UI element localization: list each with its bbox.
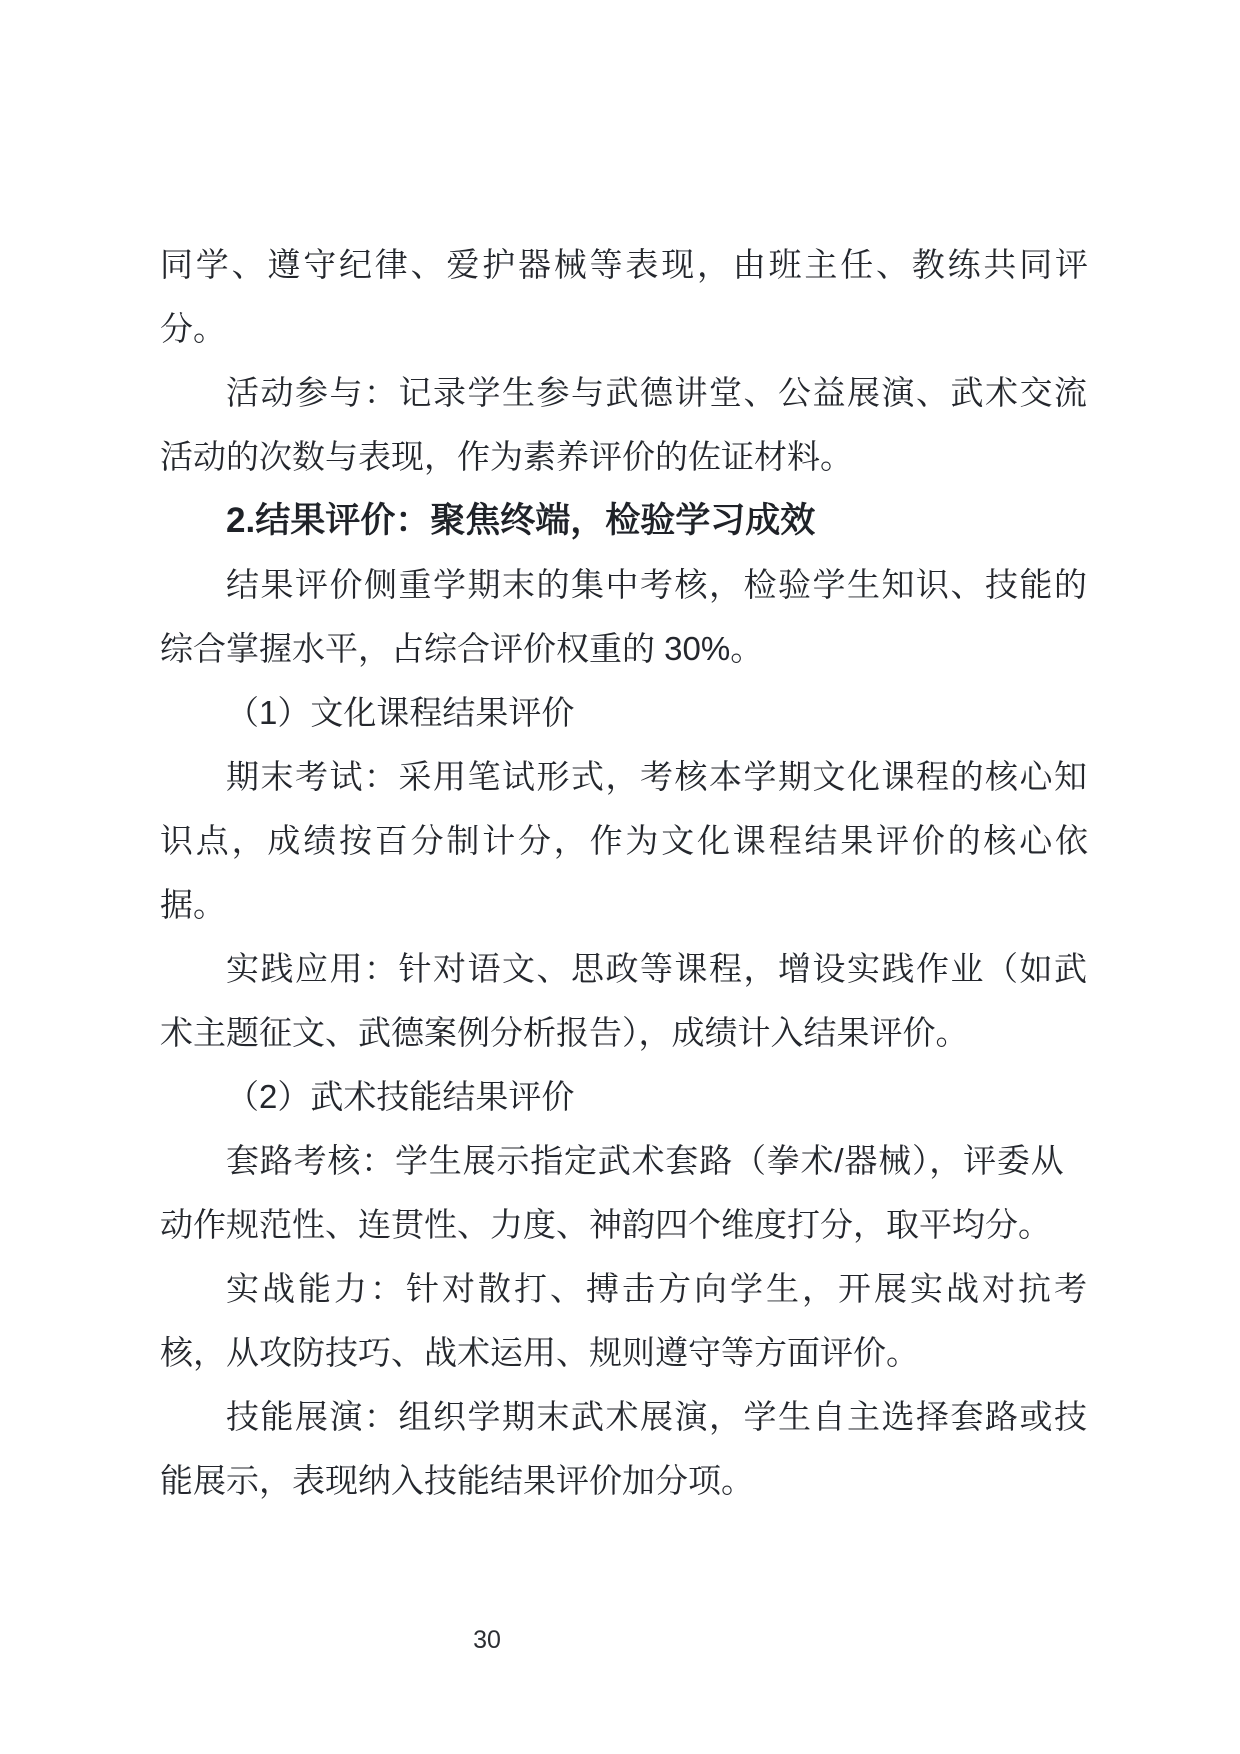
- paragraph-line: 核，从攻防技巧、战术运用、规则遵守等方面评价。: [160, 1321, 1090, 1385]
- section-heading: 2.结果评价：聚焦终端，检验学习成效: [160, 489, 1090, 553]
- paragraph-line: 能展示，表现纳入技能结果评价加分项。: [160, 1449, 1090, 1513]
- paragraph-line: 期末考试：采用笔试形式，考核本学期文化课程的核心知: [160, 745, 1090, 809]
- document-page: 同学、遵守纪律、爱护器械等表现，由班主任、教练共同评 分。 活动参与：记录学生参…: [0, 0, 1240, 1754]
- paragraph-line: 术主题征文、武德案例分析报告），成绩计入结果评价。: [160, 1001, 1090, 1065]
- page-number: 30: [427, 1622, 547, 1658]
- paragraph-line: 分。: [160, 297, 1090, 361]
- paragraph-line: 动作规范性、连贯性、力度、神韵四个维度打分，取平均分。: [160, 1193, 1090, 1257]
- paragraph-line: 同学、遵守纪律、爱护器械等表现，由班主任、教练共同评: [160, 233, 1090, 297]
- subsection-heading: （1）文化课程结果评价: [160, 681, 1090, 745]
- paragraph-line: 技能展演：组织学期末武术展演，学生自主选择套路或技: [160, 1385, 1090, 1449]
- paragraph-line: 据。: [160, 873, 1090, 937]
- paragraph-line: 活动参与：记录学生参与武德讲堂、公益展演、武术交流: [160, 361, 1090, 425]
- subsection-heading: （2）武术技能结果评价: [160, 1065, 1090, 1129]
- text-column: 同学、遵守纪律、爱护器械等表现，由班主任、教练共同评 分。 活动参与：记录学生参…: [160, 233, 1090, 1513]
- paragraph-line: 套路考核：学生展示指定武术套路（拳术/器械），评委从: [160, 1129, 1090, 1193]
- paragraph-line: 实战能力：针对散打、搏击方向学生，开展实战对抗考: [160, 1257, 1090, 1321]
- paragraph-line: 综合掌握水平，占综合评价权重的 30%。: [160, 617, 1090, 681]
- paragraph-line: 活动的次数与表现，作为素养评价的佐证材料。: [160, 425, 1090, 489]
- paragraph-line: 结果评价侧重学期末的集中考核，检验学生知识、技能的: [160, 553, 1090, 617]
- paragraph-line: 识点，成绩按百分制计分，作为文化课程结果评价的核心依: [160, 809, 1090, 873]
- paragraph-line: 实践应用：针对语文、思政等课程，增设实践作业（如武: [160, 937, 1090, 1001]
